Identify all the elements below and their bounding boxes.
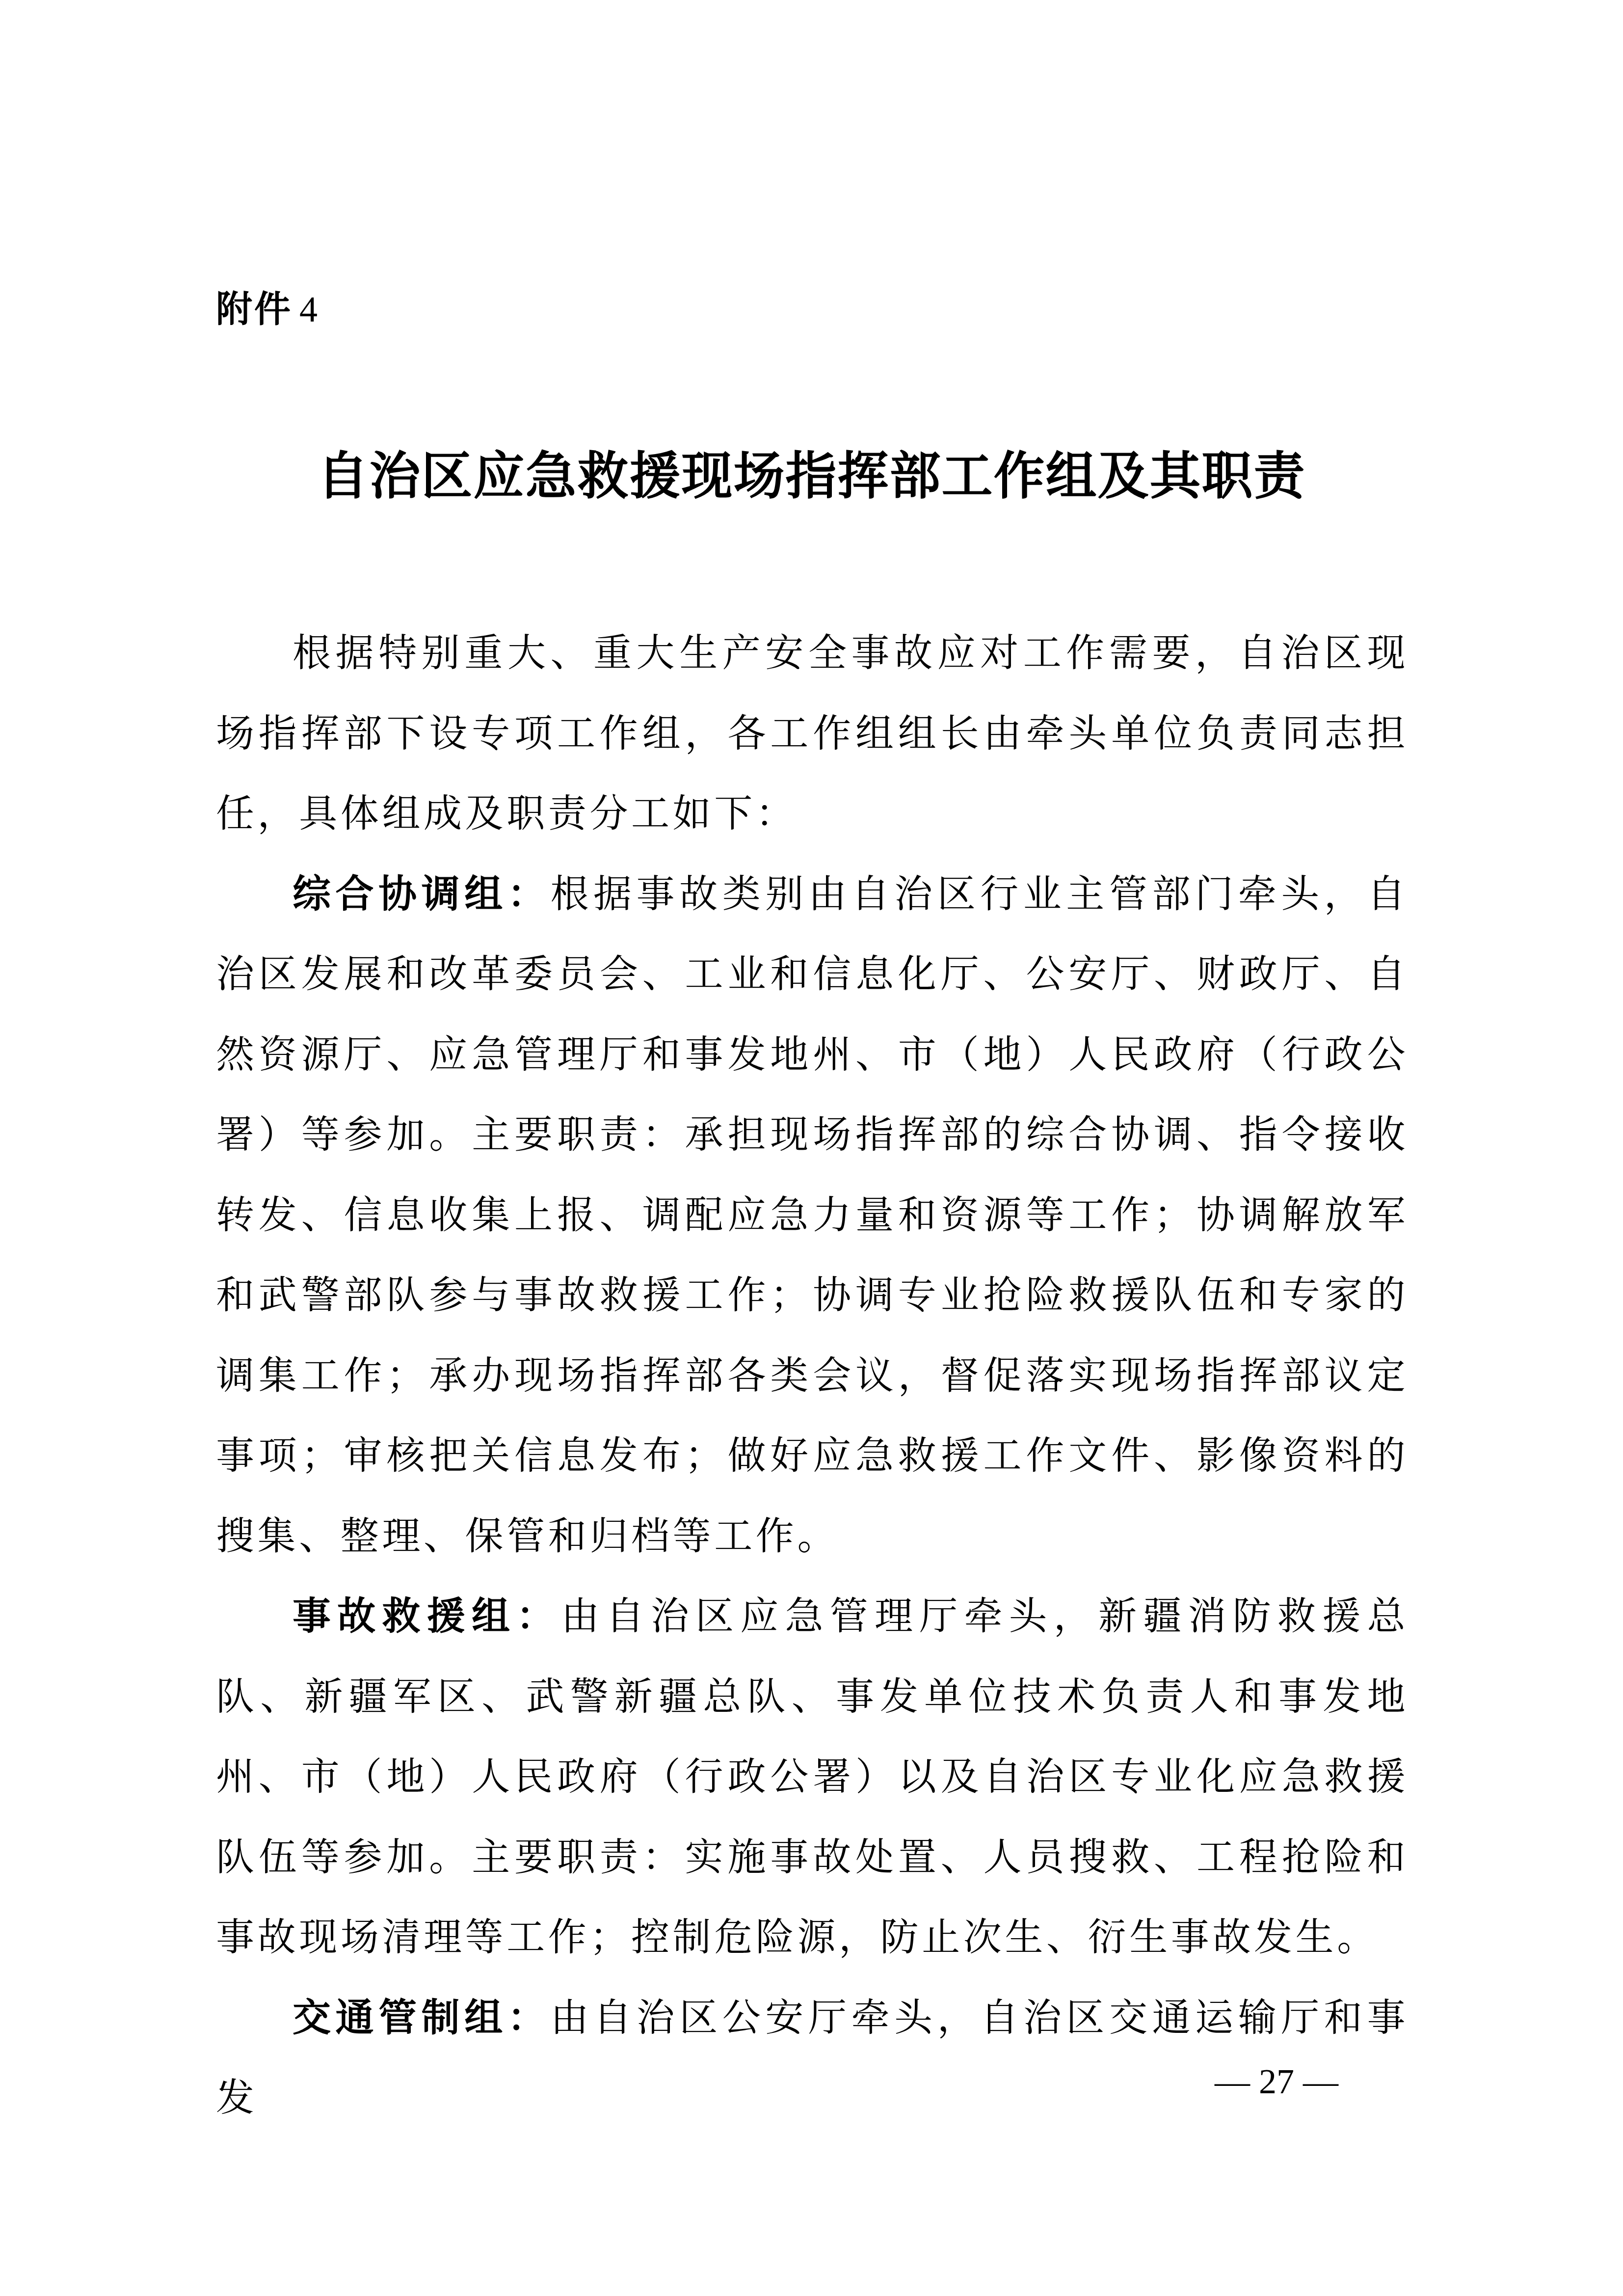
group-description: 由自治区应急管理厅牵头，新疆消防救援总队、新疆军区、武警新疆总队、事发单位技术负… — [216, 1594, 1409, 1960]
group-heading: 交通管制组： — [293, 1996, 550, 2040]
intro-paragraph: 根据特别重大、重大生产安全事故应对工作需要，自治区现场指挥部下设专项工作组，各工… — [216, 614, 1409, 855]
group-paragraph-traffic-control: 交通管制组：由自治区公安厅牵头，自治区交通运输厅和事发 — [216, 1978, 1409, 2139]
document-page: 附件4 自治区应急救援现场指挥部工作组及其职责 根据特别重大、重大生产安全事故应… — [0, 0, 1623, 2296]
document-body: 根据特别重大、重大生产安全事故应对工作需要，自治区现场指挥部下设专项工作组，各工… — [216, 614, 1409, 2139]
group-heading: 事故救援组： — [293, 1594, 561, 1639]
group-paragraph-comprehensive-coordination: 综合协调组：根据事故类别由自治区行业主管部门牵头，自治区发展和改革委员会、工业和… — [216, 855, 1409, 1577]
attachment-label: 附件4 — [216, 287, 319, 332]
group-paragraph-accident-rescue: 事故救援组：由自治区应急管理厅牵头，新疆消防救援总队、新疆军区、武警新疆总队、事… — [216, 1577, 1409, 1978]
document-title: 自治区应急救援现场指挥部工作组及其职责 — [0, 444, 1623, 508]
attachment-label-text: 附件 — [216, 288, 293, 330]
attachment-number: 4 — [299, 290, 319, 330]
page-number: — 27 — — [1215, 2059, 1338, 2104]
group-description: 根据事故类别由自治区行业主管部门牵头，自治区发展和改革委员会、工业和信息化厅、公… — [216, 872, 1409, 1559]
group-heading: 综合协调组： — [293, 872, 550, 917]
